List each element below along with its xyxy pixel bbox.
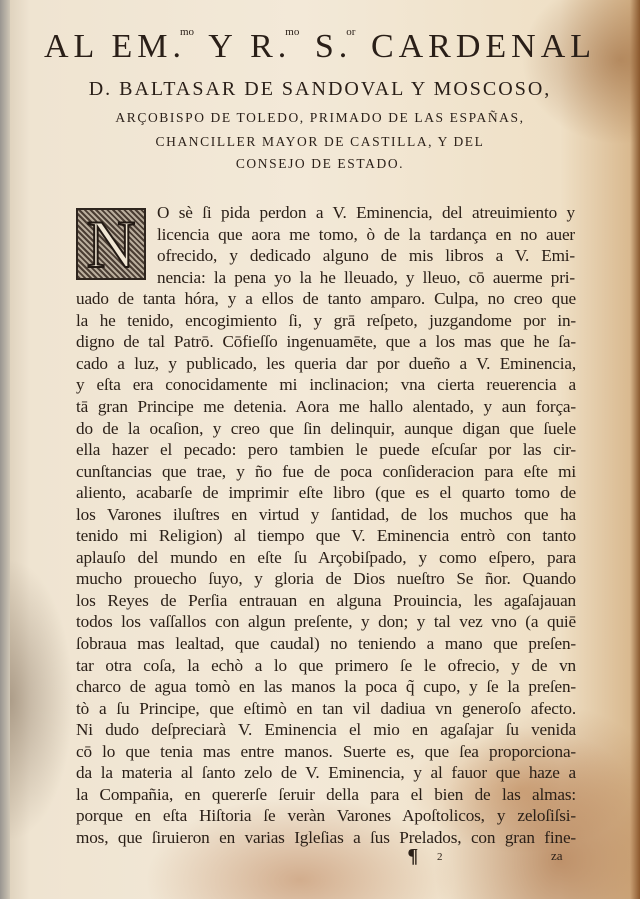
signature-number: 2 — [437, 851, 443, 863]
text-line: nencia: la pena yo la he lleuado, y lleu… — [157, 268, 575, 288]
text-line: charco de agua tomò en las manos la poca… — [76, 677, 576, 697]
text-line: ſobraua mas lealtad, que caudal) no teni… — [76, 634, 576, 654]
text-line: tò a ſu Principe, que eſtimò en tan vil … — [76, 699, 576, 719]
signature-mark: ¶ — [408, 845, 418, 868]
text-line: los Varones iluſtres en virtud y ſantida… — [76, 505, 576, 525]
text-line: tā gran Principe me detenia. Aora me hal… — [76, 397, 576, 417]
text-line: aplauſo del mundo en eſte ſu Arçobiſpado… — [76, 548, 576, 568]
text-line: digno de tal Patrō. Cōfieſſo ingenuamēte… — [76, 332, 576, 352]
text-line: aliento, acabarſe de imprimir eſte libro… — [76, 483, 576, 503]
text-line: da la materia al ſanto zelo de V. Eminen… — [76, 763, 576, 783]
text-line: licencia que aora me tomo, ò de la tarda… — [157, 225, 575, 245]
text-line: todos los vaſſallos con algun preſente, … — [76, 612, 576, 632]
catchword: za — [551, 848, 563, 864]
text-line: ofrecido, y dedicado alguno de mis libro… — [157, 246, 575, 266]
text-line: y eſta era conocidamente mi inclinacion;… — [76, 375, 576, 395]
text-line: do de la ocaſion, y creo que ſin delinqu… — [76, 419, 576, 439]
text-line: mucho prouecho ſuyo, y gloria de Dios nu… — [76, 569, 576, 589]
text-line: cō lo que tenia mas entre manos. Suerte … — [76, 742, 576, 762]
text-line: Ni dudo deſpreciarà V. Eminencia el mio … — [76, 720, 576, 740]
text-line: ella hazer el pecado: pero tambien le pu… — [76, 440, 576, 460]
text-line: O sè ſi pida perdon a V. Eminencia, del … — [157, 203, 575, 223]
text-line: porque en eſta Hiſtoria ſe veràn Varones… — [76, 806, 576, 826]
text-line: mos, que ſiruieron en varias Igleſias a … — [76, 828, 576, 848]
text-line: cunſtancias que trae, y ño fue de poca c… — [76, 462, 576, 482]
text-line: tar otra coſa, la echò a lo que primero … — [76, 656, 576, 676]
text-line: la Compañia, en quererſe ſeruir della pa… — [76, 785, 576, 805]
scanned-page: AL EM.mo Y R.mo S.or CARDENAL D. BALTASA… — [0, 0, 640, 899]
text-line: la he tenido, encogimiento ſi, y grā reſ… — [76, 311, 576, 331]
text-line: los Reyes de Perſia entrauan en alguna P… — [76, 591, 576, 611]
text-line: uado de tanta hóra, y a ellos de tanto a… — [76, 289, 576, 309]
text-line: tenido mi Religion) al tiempo que V. Emi… — [76, 526, 576, 546]
text-line: cado a luz, y publicado, les queria dar … — [76, 354, 576, 374]
body-text: O sè ſi pida perdon a V. Eminencia, del … — [0, 0, 640, 899]
